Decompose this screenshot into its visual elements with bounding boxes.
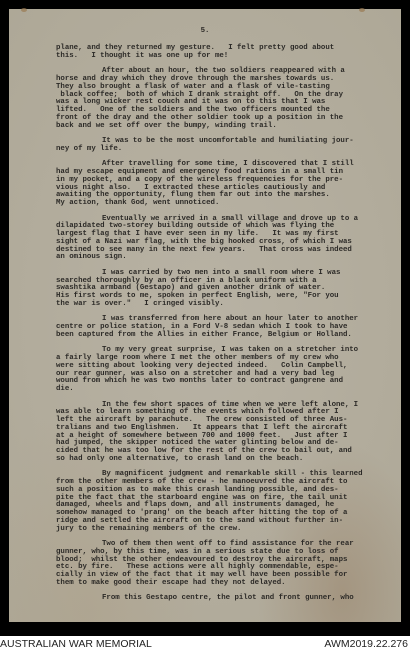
document-body: plane, and they returned my gesture. I f… (56, 45, 391, 611)
typewritten-page: 5. plane, and they returned my gesture. … (9, 9, 401, 622)
text-line: this. I thought it was one up for me! (56, 53, 391, 61)
paragraph: To my very great surprise, I was taken o… (56, 347, 391, 394)
paragraph: After travelling for some time, I discov… (56, 161, 391, 208)
paper-stain (21, 8, 27, 12)
paragraph: plane, and they returned my gesture. I f… (56, 45, 391, 61)
text-line: My action, thank God, went unnoticed. (56, 200, 391, 208)
institution-label: AUSTRALIAN WAR MEMORIAL (0, 638, 152, 650)
text-line: jury to the remaining members of the cre… (56, 526, 391, 534)
text-line: From this Gestapo centre, the pilot and … (56, 595, 391, 603)
text-line: so had only one alternative, to crash la… (56, 456, 391, 464)
accession-number: AWM2019.22.276 (324, 638, 408, 650)
archive-footer: AUSTRALIAN WAR MEMORIAL AWM2019.22.276 (0, 636, 410, 653)
paragraph: I was transferred from here about an hou… (56, 316, 391, 339)
text-line: an ominous sign. (56, 254, 391, 262)
paragraph: Eventually we arrived in a small village… (56, 216, 391, 263)
text-line: ney of my life. (56, 146, 391, 154)
text-line: die. (56, 386, 391, 394)
paragraph: From this Gestapo centre, the pilot and … (56, 595, 391, 603)
paragraph: By magnificent judgment and remarkable s… (56, 471, 391, 533)
page-number: 5. (9, 27, 401, 35)
text-line: back and we set off over the bumpy, wind… (56, 123, 391, 131)
text-line: been captured from the Allies in either … (56, 332, 391, 340)
paragraph: After about an hour, the two soldiers re… (56, 68, 391, 130)
text-line: the war is over." I cringed visibly. (56, 301, 391, 309)
paper-stain (359, 8, 365, 12)
text-line: wound from which he was two months later… (56, 378, 391, 386)
paragraph: Two of them then went off to find assist… (56, 541, 391, 588)
text-line: them to make good their escape had they … (56, 580, 391, 588)
paragraph: I was carried by two men into a small ro… (56, 270, 391, 309)
paragraph: It was to be the most uncomfortable and … (56, 138, 391, 154)
paragraph: In the few short spaces of time when we … (56, 402, 391, 464)
